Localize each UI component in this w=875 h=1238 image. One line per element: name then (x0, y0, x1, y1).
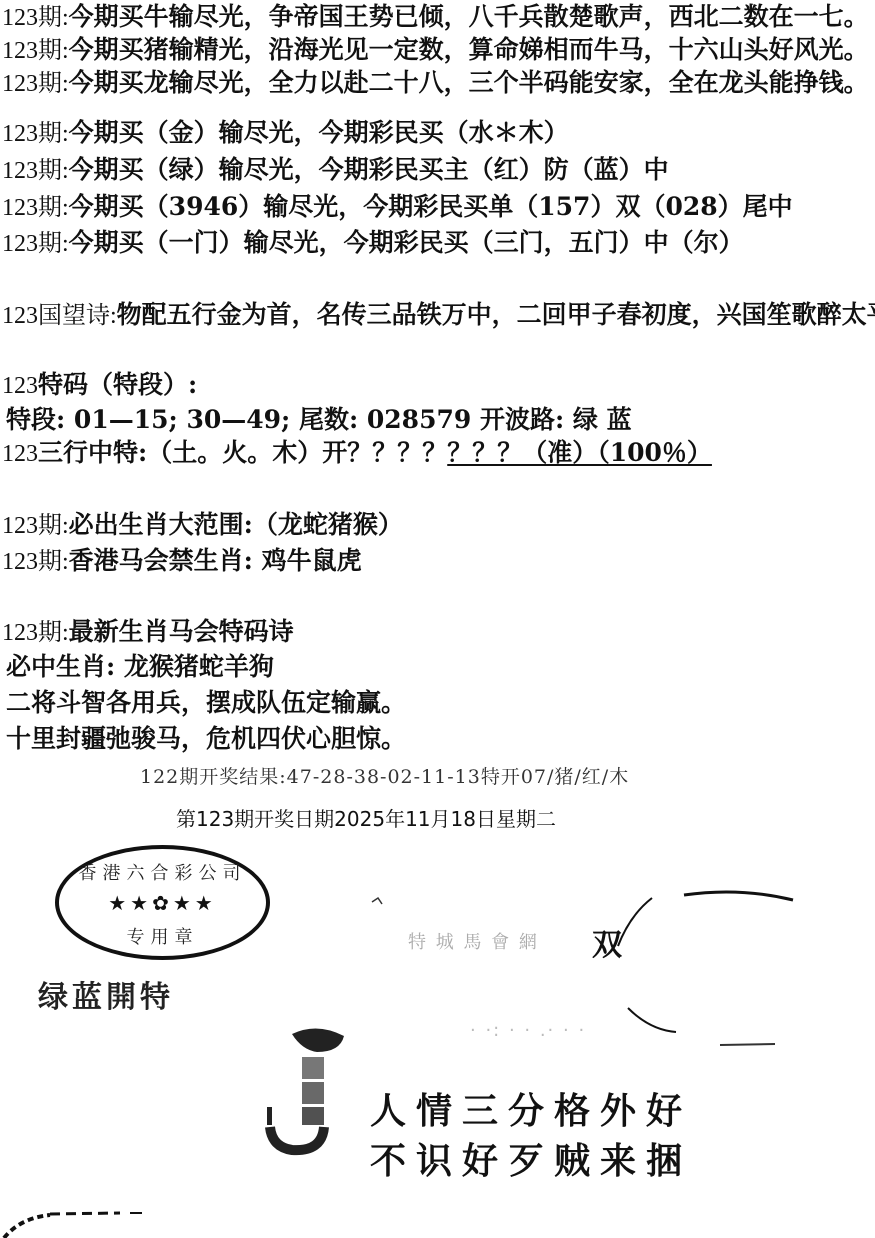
motto-line-1: 人情三分格外好 (370, 1083, 692, 1134)
faint-scanned-noise: · ·: · · .· · · (470, 1020, 586, 1041)
motto-line-2: 不识好歹贼来捆 (370, 1133, 692, 1184)
seal-j-icon (262, 1022, 352, 1157)
decorative-strokes-icon (0, 0, 875, 1238)
